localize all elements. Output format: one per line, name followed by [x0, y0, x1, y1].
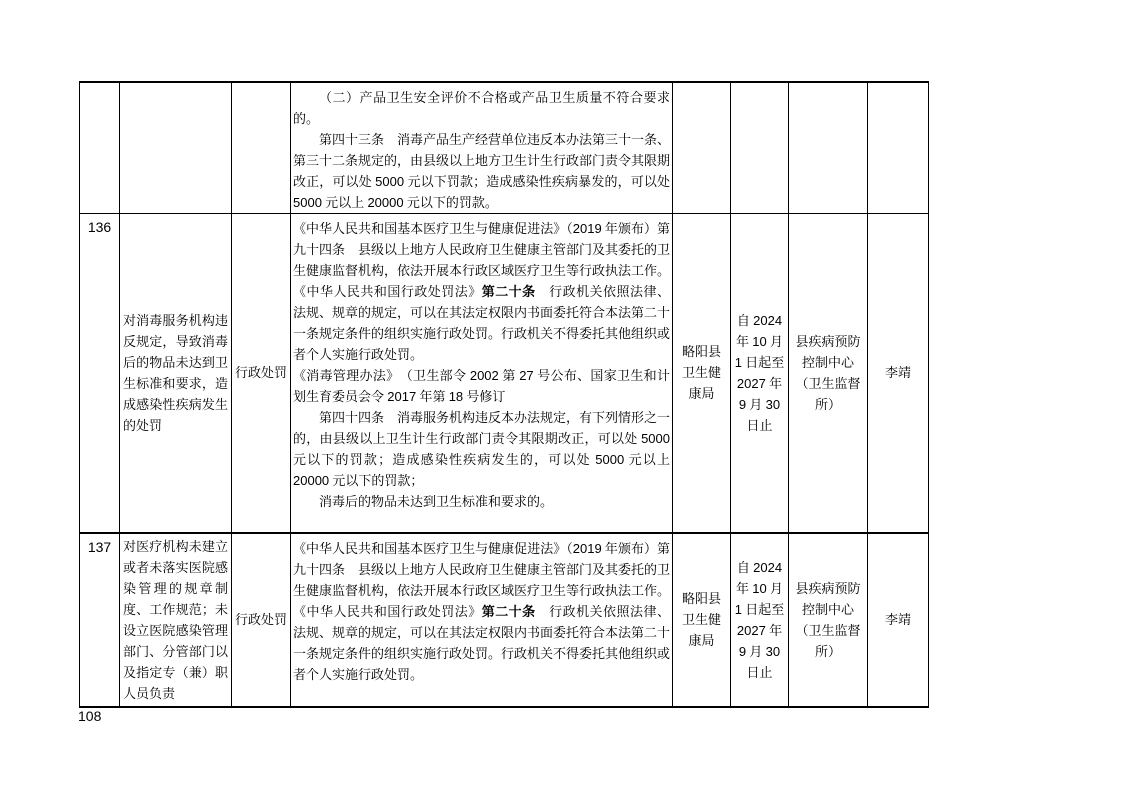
table-row-136: 136 对消毒服务机构违反规定，导致消毒后的物品未达到卫生标准和要求，造成感染性… [80, 214, 929, 533]
cell-period-empty [731, 82, 789, 214]
table-row-carryover: （二）产品卫生安全评价不合格或产品卫生质量不符合要求的。 第四十三条 消毒产品生… [80, 82, 929, 214]
cell-period: 自 2024 年 10 月 1 日起至 2027 年 9 月 30 日止 [731, 533, 789, 707]
cell-delegated-org: 县疾病预防控制中心（卫生监督所） [789, 214, 868, 533]
cell-delegated-org: 县疾病预防控制中心（卫生监督所） [789, 533, 868, 707]
legal-paragraph: 《中华人民共和国基本医疗卫生与健康促进法》（2019 年颁布）第九十四条 县级以… [293, 218, 670, 281]
cell-delegated-org-empty [789, 82, 868, 214]
cell-contact: 李靖 [868, 214, 929, 533]
cell-matter-empty [120, 82, 232, 214]
legal-paragraph: 消毒后的物品未达到卫生标准和要求的。 [293, 491, 670, 512]
cell-legal-basis-carryover: （二）产品卫生安全评价不合格或产品卫生质量不符合要求的。 第四十三条 消毒产品生… [291, 82, 673, 214]
cell-legal-basis: 《中华人民共和国基本医疗卫生与健康促进法》（2019 年颁布）第九十四条 县级以… [291, 533, 673, 707]
legal-paragraph: 第四十四条 消毒服务机构违反本办法规定，有下列情形之一的，由县级以上卫生计生行政… [293, 407, 670, 491]
legal-paragraph: 《中华人民共和国行政处罚法》第二十条 行政机关依照法律、法规、规章的规定，可以在… [293, 281, 670, 365]
cell-serial-empty [80, 82, 120, 214]
cell-serial-number: 137 [80, 533, 120, 707]
cell-contact: 李靖 [868, 533, 929, 707]
cell-period: 自 2024 年 10 月 1 日起至 2027 年 9 月 30 日止 [731, 214, 789, 533]
cell-matter: 对医疗机构未建立或者未落实医院感染管理的规章制度、工作规范；未设立医院感染管理部… [120, 533, 232, 707]
cell-authority-empty [673, 82, 731, 214]
cell-legal-basis: 《中华人民共和国基本医疗卫生与健康促进法》（2019 年颁布）第九十四条 县级以… [291, 214, 673, 533]
legal-paragraph: 《消毒管理办法》 （卫生部令 2002 第 27 号公布、国家卫生和计划生育委员… [293, 365, 670, 407]
legal-paragraph: 《中华人民共和国行政处罚法》第二十条 行政机关依照法律、法规、规章的规定，可以在… [293, 601, 670, 685]
cell-contact-empty [868, 82, 929, 214]
cell-matter: 对消毒服务机构违反规定，导致消毒后的物品未达到卫生标准和要求，造成感染性疾病发生… [120, 214, 232, 533]
legal-paragraph: 第四十三条 消毒产品生产经营单位违反本办法第三十一条、第三十二条规定的，由县级以… [293, 129, 670, 213]
page-number: 108 [78, 708, 101, 724]
cell-serial-number: 136 [80, 214, 120, 533]
law-title: 《中华人民共和国行政处罚法》 [293, 284, 482, 299]
law-title: 《中华人民共和国行政处罚法》 [293, 604, 482, 619]
article-number-bold: 第二十条 [482, 284, 536, 299]
legal-paragraph: （二）产品卫生安全评价不合格或产品卫生质量不符合要求的。 [293, 87, 670, 129]
cell-penalty-type: 行政处罚 [232, 214, 291, 533]
table-row-137: 137 对医疗机构未建立或者未落实医院感染管理的规章制度、工作规范；未设立医院感… [80, 533, 929, 707]
cell-authority: 略阳县卫生健康局 [673, 214, 731, 533]
document-page: （二）产品卫生安全评价不合格或产品卫生质量不符合要求的。 第四十三条 消毒产品生… [0, 0, 1122, 793]
legal-paragraph: 《中华人民共和国基本医疗卫生与健康促进法》（2019 年颁布）第九十四条 县级以… [293, 538, 670, 601]
penalty-delegation-table: （二）产品卫生安全评价不合格或产品卫生质量不符合要求的。 第四十三条 消毒产品生… [79, 81, 929, 708]
cell-penalty-type-empty [232, 82, 291, 214]
cell-penalty-type: 行政处罚 [232, 533, 291, 707]
article-number-bold: 第二十条 [482, 604, 536, 619]
cell-authority: 略阳县卫生健康局 [673, 533, 731, 707]
